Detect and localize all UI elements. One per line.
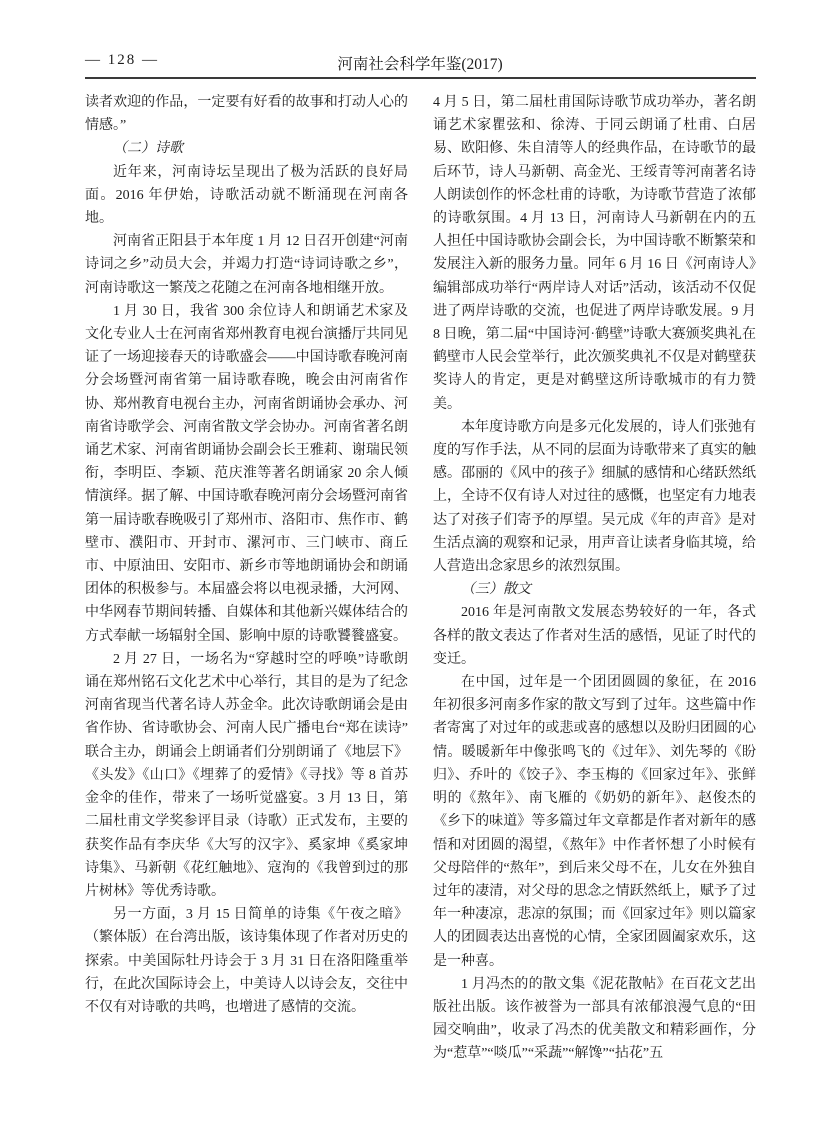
text-column-right: 4 月 5 日，第二届杜甫国际诗歌节成功举办，著名朗诵艺术家瞿弦和、徐涛、于同云…: [433, 91, 756, 1071]
paragraph: 2016 年是河南散文发展态势较好的一年，各式各样的散文表达了作者对生活的感悟，…: [433, 601, 756, 671]
paragraph: 近年来，河南诗坛呈现出了极为活跃的良好局面。2016 年伊始，诗歌活动就不断涌现…: [85, 161, 408, 231]
paragraph: 4 月 5 日，第二届杜甫国际诗歌节成功举办，著名朗诵艺术家瞿弦和、徐涛、于同云…: [433, 91, 756, 416]
paragraph: 2 月 27 日，一场名为“穿越时空的呼唤”诗歌朗诵在郑州铭石文化艺术中心举行，…: [85, 648, 408, 903]
page-title: 河南社会科学年鉴(2017): [85, 52, 755, 74]
text-column-left: 读者欢迎的作品，一定要有好看的故事和打动人心的情感。”（二）诗歌近年来，河南诗坛…: [85, 91, 408, 1071]
header-rule-divider: [85, 77, 756, 79]
paragraph: 读者欢迎的作品，一定要有好看的故事和打动人心的情感。”: [85, 91, 408, 137]
paragraph: 在中国，过年是一个团团圆圆的象征，在 2016 年初很多河南多作家的散文写到了过…: [433, 671, 756, 973]
page-body: 读者欢迎的作品，一定要有好看的故事和打动人心的情感。”（二）诗歌近年来，河南诗坛…: [85, 91, 756, 1071]
section-heading: （三）散文: [433, 578, 756, 601]
paragraph: 本年度诗歌方向是多元化发展的，诗人们张弛有度的写作手法，从不同的层面为诗歌带来了…: [433, 416, 756, 578]
paragraph: 河南省正阳县于本年度 1 月 12 日召开创建“河南诗词之乡”动员大会，并竭力打…: [85, 230, 408, 300]
paragraph: 1 月冯杰的的散文集《泥花散帖》在百花文艺出版社出版。该作被誉为一部具有浓郁浪漫…: [433, 973, 756, 1066]
paragraph: 1 月 30 日，我省 300 余位诗人和朗诵艺术家及文化专业人士在河南省郑州教…: [85, 300, 408, 648]
paragraph: 另一方面，3 月 15 日简单的诗集《午夜之暗》（繁体版）在台湾出版，该诗集体现…: [85, 903, 408, 1019]
section-heading: （二）诗歌: [85, 137, 408, 160]
yearbook-page: — 128 — 河南社会科学年鉴(2017) 读者欢迎的作品，一定要有好看的故事…: [0, 0, 839, 1135]
running-head: — 128 — 河南社会科学年鉴(2017): [85, 52, 755, 76]
